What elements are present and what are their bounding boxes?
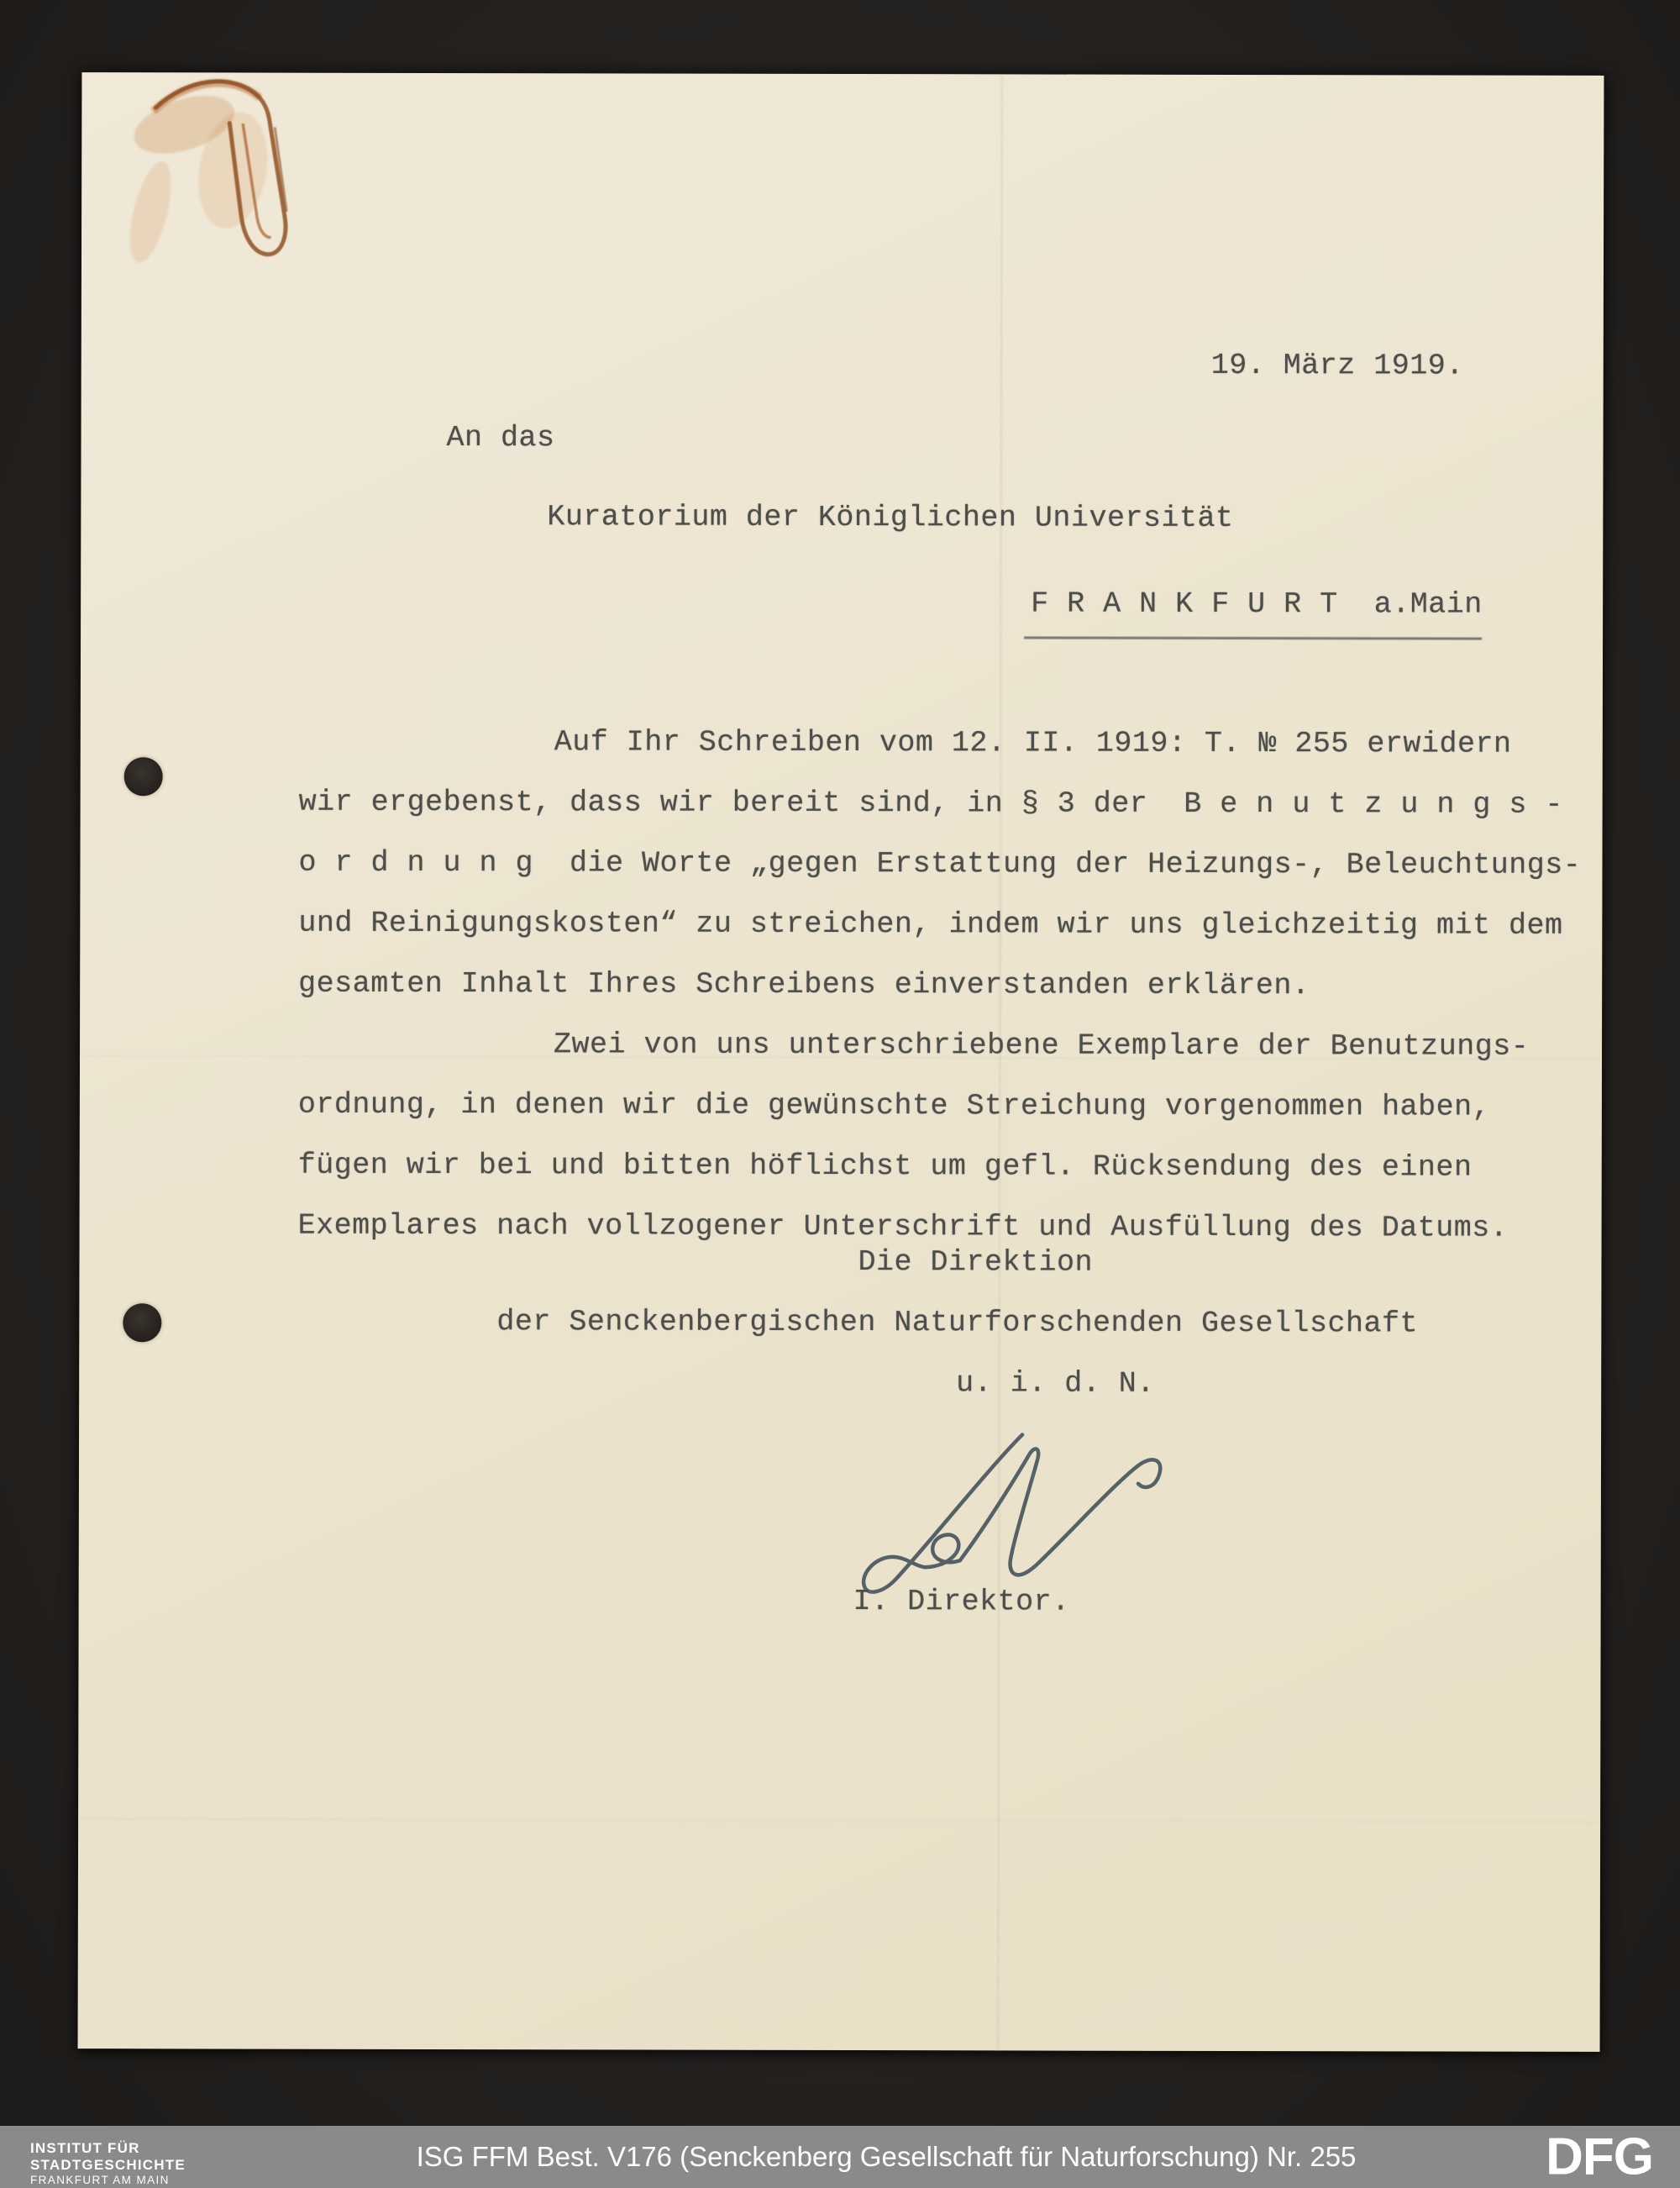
document-page: 19. März 1919. An das Kuratorium der Kön…	[78, 72, 1604, 2052]
closing-gesellschaft: der Senckenbergischen Naturforschenden G…	[496, 1305, 1418, 1340]
institute-line3: FRANKFURT AM MAIN	[30, 2175, 186, 2186]
dfg-logo: DFG	[1546, 2128, 1653, 2187]
recipient-institution: Kuratorium der Königlichen Universität	[547, 500, 1233, 535]
hole-punch-bottom	[123, 1303, 161, 1342]
horizontal-fold-crease-lower	[78, 1818, 1600, 1824]
closing-direktion: Die Direktion	[858, 1245, 1093, 1280]
body-line: ordnung, in denen wir die gewünschte Str…	[298, 1088, 1490, 1124]
body-line: wir ergebenst, dass wir bereit sind, in …	[299, 786, 1563, 822]
signature-role: I. Direktor.	[853, 1585, 1070, 1619]
scan-viewer: 19. März 1919. An das Kuratorium der Kön…	[0, 0, 1680, 2188]
institute-line1: INSTITUT FÜR	[30, 2141, 186, 2155]
body-line: fügen wir bei und bitten höflichst um ge…	[298, 1149, 1473, 1185]
body-line: Zwei von uns unterschriebene Exemplare d…	[554, 1028, 1529, 1063]
paperclip-rust-stain	[107, 69, 393, 355]
hole-punch-top	[124, 757, 163, 796]
archive-reference: ISG FFM Best. V176 (Senckenberg Gesellsc…	[417, 2141, 1357, 2173]
closing-uidn: u. i. d. N.	[956, 1366, 1155, 1400]
body-line: gesamten Inhalt Ihres Schreibens einvers…	[298, 967, 1310, 1003]
institute-logo: INSTITUT FÜR STADTGESCHICHTE FRANKFURT A…	[30, 2141, 186, 2186]
recipient-city: F R A N K F U R T a.Main	[1031, 586, 1483, 621]
date-line: 19. März 1919.	[1211, 349, 1464, 383]
handwritten-signature: Kehr	[797, 1423, 1268, 1604]
city-underline	[1024, 636, 1482, 639]
institute-line2: STADTGESCHICHTE	[30, 2158, 186, 2172]
body-line: Exemplares nach vollzogener Unterschrift…	[298, 1209, 1509, 1245]
body-line: und Reinigungskosten“ zu streichen, inde…	[298, 907, 1562, 943]
footer-bar: INSTITUT FÜR STADTGESCHICHTE FRANKFURT A…	[0, 2126, 1680, 2188]
recipient-salutation: An das	[447, 421, 555, 455]
body-line: o r d n u n g die Worte „gegen Erstattun…	[298, 846, 1581, 882]
body-line: Auf Ihr Schreiben vom 12. II. 1919: T. №…	[554, 725, 1512, 760]
